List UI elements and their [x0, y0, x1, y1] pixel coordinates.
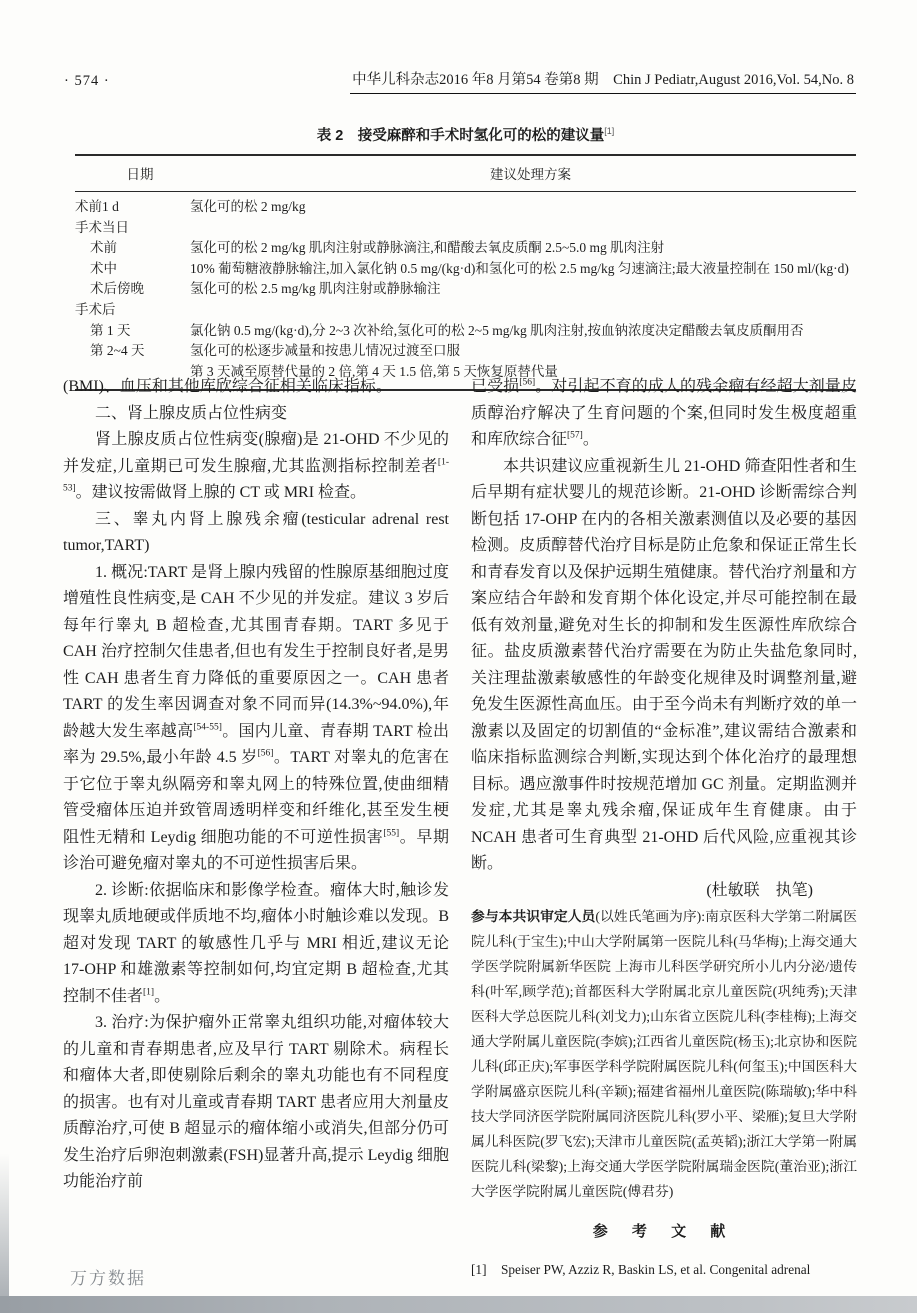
- table-title-reference: [1]: [604, 126, 614, 136]
- paragraph: 2. 诊断:依据临床和影像学检查。瘤体大时,触诊发现睾丸质地硬或伴质地不均,瘤体…: [63, 878, 449, 1011]
- wanfang-watermark: 万方数据: [70, 1264, 146, 1289]
- cell-date: 手术当日: [75, 218, 190, 239]
- paragraph: 本共识建议应重视新生儿 21-OHD 筛查阳性者和生后早期有症状婴儿的规范诊断。…: [471, 454, 857, 878]
- cell-plan: [190, 300, 856, 321]
- left-column: (BMI)、血压和其他库欣综合征相关临床指标。 二、肾上腺皮质占位性病变 肾上腺…: [63, 374, 449, 1281]
- cell-date: 第 2~4 天: [75, 341, 190, 362]
- cell-date: 手术后: [75, 300, 190, 321]
- paragraph: 肾上腺皮质占位性病变(腺瘤)是 21-OHD 不少见的并发症,儿童期已可发生腺瘤…: [63, 427, 449, 507]
- references-heading: 参 考 文 献: [471, 1219, 857, 1246]
- cell-date: 第 1 天: [75, 321, 190, 342]
- cell-plan: 氯化钠 0.5 mg/(kg·d),分 2~3 次补给,氢化可的松 2~5 mg…: [190, 321, 856, 342]
- table2: 日期 建议处理方案 术前1 d氢化可的松 2 mg/kg手术当日术前氢化可的松 …: [75, 154, 856, 391]
- paragraph-continuation: (BMI)、血压和其他库欣综合征相关临床指标。: [63, 374, 449, 401]
- table-title: 表 2 接受麻醉和手术时氢化可的松的建议量[1]: [75, 124, 856, 145]
- table-row: 第 2~4 天氢化可的松逐步减量和按患儿情况过渡至口服: [75, 341, 856, 362]
- table-title-text: 表 2 接受麻醉和手术时氢化可的松的建议量: [317, 128, 605, 144]
- cell-plan: 氢化可的松 2 mg/kg 肌肉注射或静脉滴注,和醋酸去氧皮质酮 2.5~5.0…: [190, 238, 856, 259]
- table-header-row: 日期 建议处理方案: [75, 156, 856, 192]
- table-row: 第 1 天氯化钠 0.5 mg/(kg·d),分 2~3 次补给,氢化可的松 2…: [75, 321, 856, 342]
- column-header-date: 日期: [75, 163, 205, 183]
- reference-item: [1] Speiser PW, Azziz R, Baskin LS, et a…: [471, 1259, 857, 1281]
- paragraph: 3. 治疗:为保护瘤外正常睾丸组织功能,对瘤体较大的儿童和青春期患者,应及早行 …: [63, 1010, 449, 1196]
- column-header-plan: 建议处理方案: [205, 163, 856, 183]
- page-number: · 574 ·: [64, 73, 110, 94]
- cell-date: 术中: [75, 259, 190, 280]
- cell-plan: 10% 葡萄糖液静脉输注,加入氯化钠 0.5 mg/(kg·d)和氢化可的松 2…: [190, 259, 856, 280]
- cell-plan: 氢化可的松逐步减量和按患儿情况过渡至口服: [190, 341, 856, 362]
- section-heading-2: 二、肾上腺皮质占位性病变: [63, 401, 449, 428]
- table-row: 术中10% 葡萄糖液静脉输注,加入氯化钠 0.5 mg/(kg·d)和氢化可的松…: [75, 259, 856, 280]
- section-heading-3: 三、睾丸内肾上腺残余瘤(testicular adrenal rest tumo…: [63, 507, 449, 560]
- page-header: · 574 · 中华儿科杂志2016 年8 月第54 卷第8 期 Chin J …: [64, 68, 856, 94]
- journal-page: · 574 · 中华儿科杂志2016 年8 月第54 卷第8 期 Chin J …: [0, 0, 917, 1313]
- paragraph-continuation: 已受损[56]。对引起不育的成人的残余瘤有经超大剂量皮质醇治疗解决了生育问题的个…: [471, 374, 857, 454]
- journal-citation: 中华儿科杂志2016 年8 月第54 卷第8 期 Chin J Pediatr,…: [350, 68, 856, 94]
- cell-plan: 氢化可的松 2 mg/kg: [190, 197, 856, 218]
- table-row: 术前1 d氢化可的松 2 mg/kg: [75, 197, 856, 218]
- table-row: 手术后: [75, 300, 856, 321]
- cell-plan: [190, 218, 856, 239]
- scan-edge-bottom: [0, 1296, 917, 1313]
- reviewers-paragraph: 参与本共识审定人员(以姓氏笔画为序):南京医科大学第二附属医院儿科(于宝生);中…: [471, 904, 857, 1204]
- cell-date: 术前1 d: [75, 197, 190, 218]
- reference-text: Speiser PW, Azziz R, Baskin LS, et al. C…: [501, 1259, 857, 1281]
- scan-edge-left: [0, 1153, 9, 1303]
- table-row: 手术当日: [75, 218, 856, 239]
- article-body: (BMI)、血压和其他库欣综合征相关临床指标。 二、肾上腺皮质占位性病变 肾上腺…: [63, 374, 857, 1281]
- right-column: 已受损[56]。对引起不育的成人的残余瘤有经超大剂量皮质醇治疗解决了生育问题的个…: [471, 374, 857, 1281]
- cell-date: 术后傍晚: [75, 279, 190, 300]
- table-body: 术前1 d氢化可的松 2 mg/kg手术当日术前氢化可的松 2 mg/kg 肌肉…: [75, 192, 856, 389]
- cell-plan: 氢化可的松 2.5 mg/kg 肌肉注射或静脉输注: [190, 279, 856, 300]
- author-signature: (杜敏联 执笔): [471, 878, 857, 905]
- cell-date: 术前: [75, 238, 190, 259]
- table-row: 术前氢化可的松 2 mg/kg 肌肉注射或静脉滴注,和醋酸去氧皮质酮 2.5~5…: [75, 238, 856, 259]
- reference-marker: [1]: [471, 1259, 501, 1281]
- table2-block: 表 2 接受麻醉和手术时氢化可的松的建议量[1] 日期 建议处理方案 术前1 d…: [75, 124, 856, 391]
- table-row: 术后傍晚氢化可的松 2.5 mg/kg 肌肉注射或静脉输注: [75, 279, 856, 300]
- paragraph: 1. 概况:TART 是肾上腺内残留的性腺原基细胞过度增殖性良性病变,是 CAH…: [63, 560, 449, 878]
